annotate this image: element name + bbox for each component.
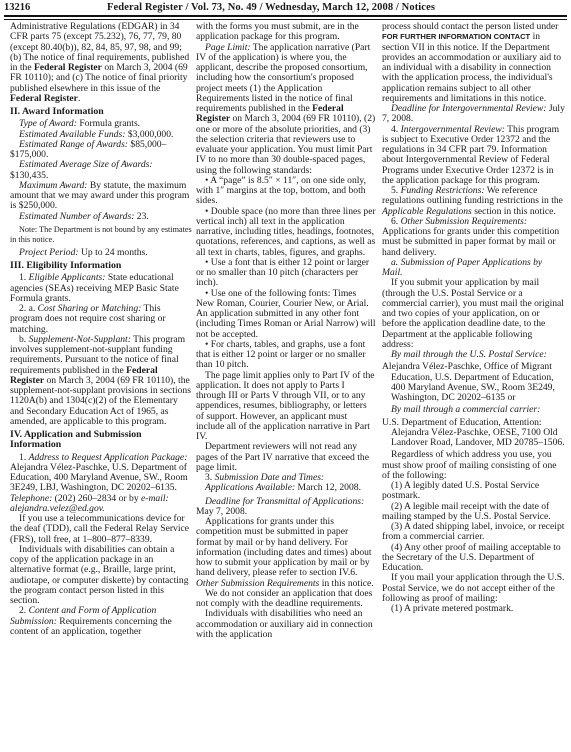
continuation-paragraph: process should contact the person listed… [382, 22, 565, 104]
content-and-form: 2. Content and Form of Application Submi… [10, 606, 192, 637]
section-heading-award-information: II. Award Information [10, 107, 192, 117]
submission-format-paragraph: Applications for grants under this compe… [196, 517, 376, 589]
bullet-item: • Double space (no more than three lines… [196, 207, 376, 258]
page-header: 13216 Federal Register / Vol. 73, No. 49… [4, 2, 567, 14]
proof-item: (4) Any other proof of mailing acceptabl… [382, 543, 565, 574]
header-rule-thick [4, 15, 567, 17]
page-number: 13216 [4, 2, 30, 14]
accommodation-paragraph: Individuals with disabilities who need a… [196, 609, 376, 640]
commercial-carrier-address: U.S. Department of Education, Attention:… [382, 418, 565, 449]
proof-item: (1) A legibly dated U.S. Postal Service … [382, 481, 565, 502]
mail-paragraph: If you submit your application by mail (… [382, 278, 565, 350]
applications-available: Applications Available: March 12, 2008. [196, 483, 376, 493]
project-period: Project Period: Up to 24 months. [10, 248, 192, 258]
eligible-applicants: 1. Eligible Applicants: State educationa… [10, 273, 192, 304]
section-heading-application-submission: IV. Application and Submission Informati… [10, 430, 192, 451]
not-accepted-paragraph: If you mail your application through the… [382, 573, 565, 604]
bullet-item: • A “page” is 8.5″ × 11″, on one side on… [196, 176, 376, 207]
intergovernmental-review-deadline: Deadline for Intergovernmental Review: J… [382, 104, 565, 125]
running-title: Federal Register / Vol. 73, No. 49 / Wed… [107, 2, 435, 14]
other-submission-requirements: 6. Other Submission Requirements: Applic… [382, 217, 565, 258]
paragraph-edgar: Administrative Regulations (EDGAR) in 34… [10, 22, 192, 104]
deadline-for-transmittal: Deadline for Transmittal of Applications… [196, 497, 376, 518]
bullet-item: • Use a font that is either 12 point or … [196, 258, 376, 289]
alternative-format-paragraph: Individuals with disabilities can obtain… [10, 545, 192, 607]
maximum-award: Maximum Award: By statute, the maximum a… [10, 181, 192, 212]
tdd-paragraph: If you use a telecommunications device f… [10, 514, 192, 545]
page-limit: Page Limit: The application narrative (P… [196, 43, 376, 176]
continuation-paragraph: with the forms you must submit, are in t… [196, 22, 376, 43]
estimated-number-of-awards: Estimated Number of Awards: 23. [10, 212, 192, 222]
bullet-item: • For charts, tables, and graphs, use a … [196, 340, 376, 371]
address-to-request-package: 1. Address to Request Application Packag… [10, 453, 192, 515]
column-1: Administrative Regulations (EDGAR) in 34… [10, 22, 192, 637]
bullet-item: • Use one of the following fonts: Times … [196, 289, 376, 340]
column-3: process should contact the person listed… [382, 22, 565, 614]
proof-item: (2) A legible mail receipt with the date… [382, 502, 565, 523]
header-rule-thin [4, 19, 567, 20]
usps-label: By mail through the U.S. Postal Service: [382, 350, 565, 360]
page-limit-scope: The page limit applies only to Part IV o… [196, 371, 376, 443]
not-accepted-item: (1) A private metered postmark. [382, 604, 565, 614]
funding-restrictions: 5. Funding Restrictions: We reference re… [382, 186, 565, 217]
estimated-range-of-awards: Estimated Range of Awards: $85,000–$175,… [10, 140, 192, 161]
reviewers-paragraph: Department reviewers will not read any p… [196, 442, 376, 473]
proof-of-mailing-paragraph: Regardless of which address you use, you… [382, 450, 565, 481]
commercial-carrier-label: By mail through a commercial carrier: [382, 405, 565, 415]
usps-address: Alejandra Vélez-Paschke, Office of Migra… [382, 362, 565, 403]
estimated-average-size: Estimated Average Size of Awards: $130,4… [10, 160, 192, 181]
intergovernmental-review: 4. Intergovernmental Review: This progra… [382, 125, 565, 187]
supplement-not-supplant: b. Supplement-Not-Supplant: This program… [10, 335, 192, 427]
section-heading-eligibility-information: III. Eligibility Information [10, 261, 192, 271]
column-2: with the forms you must submit, are in t… [196, 22, 376, 640]
noncompliance-paragraph: We do not consider an application that d… [196, 589, 376, 610]
cost-sharing: 2. a. Cost Sharing or Matching: This pro… [10, 304, 192, 335]
submission-by-mail-heading: a. Submission of Paper Applications by M… [382, 258, 565, 279]
note: Note: The Department is not bound by any… [10, 225, 192, 245]
proof-item: (3) A dated shipping label, invoice, or … [382, 522, 565, 543]
